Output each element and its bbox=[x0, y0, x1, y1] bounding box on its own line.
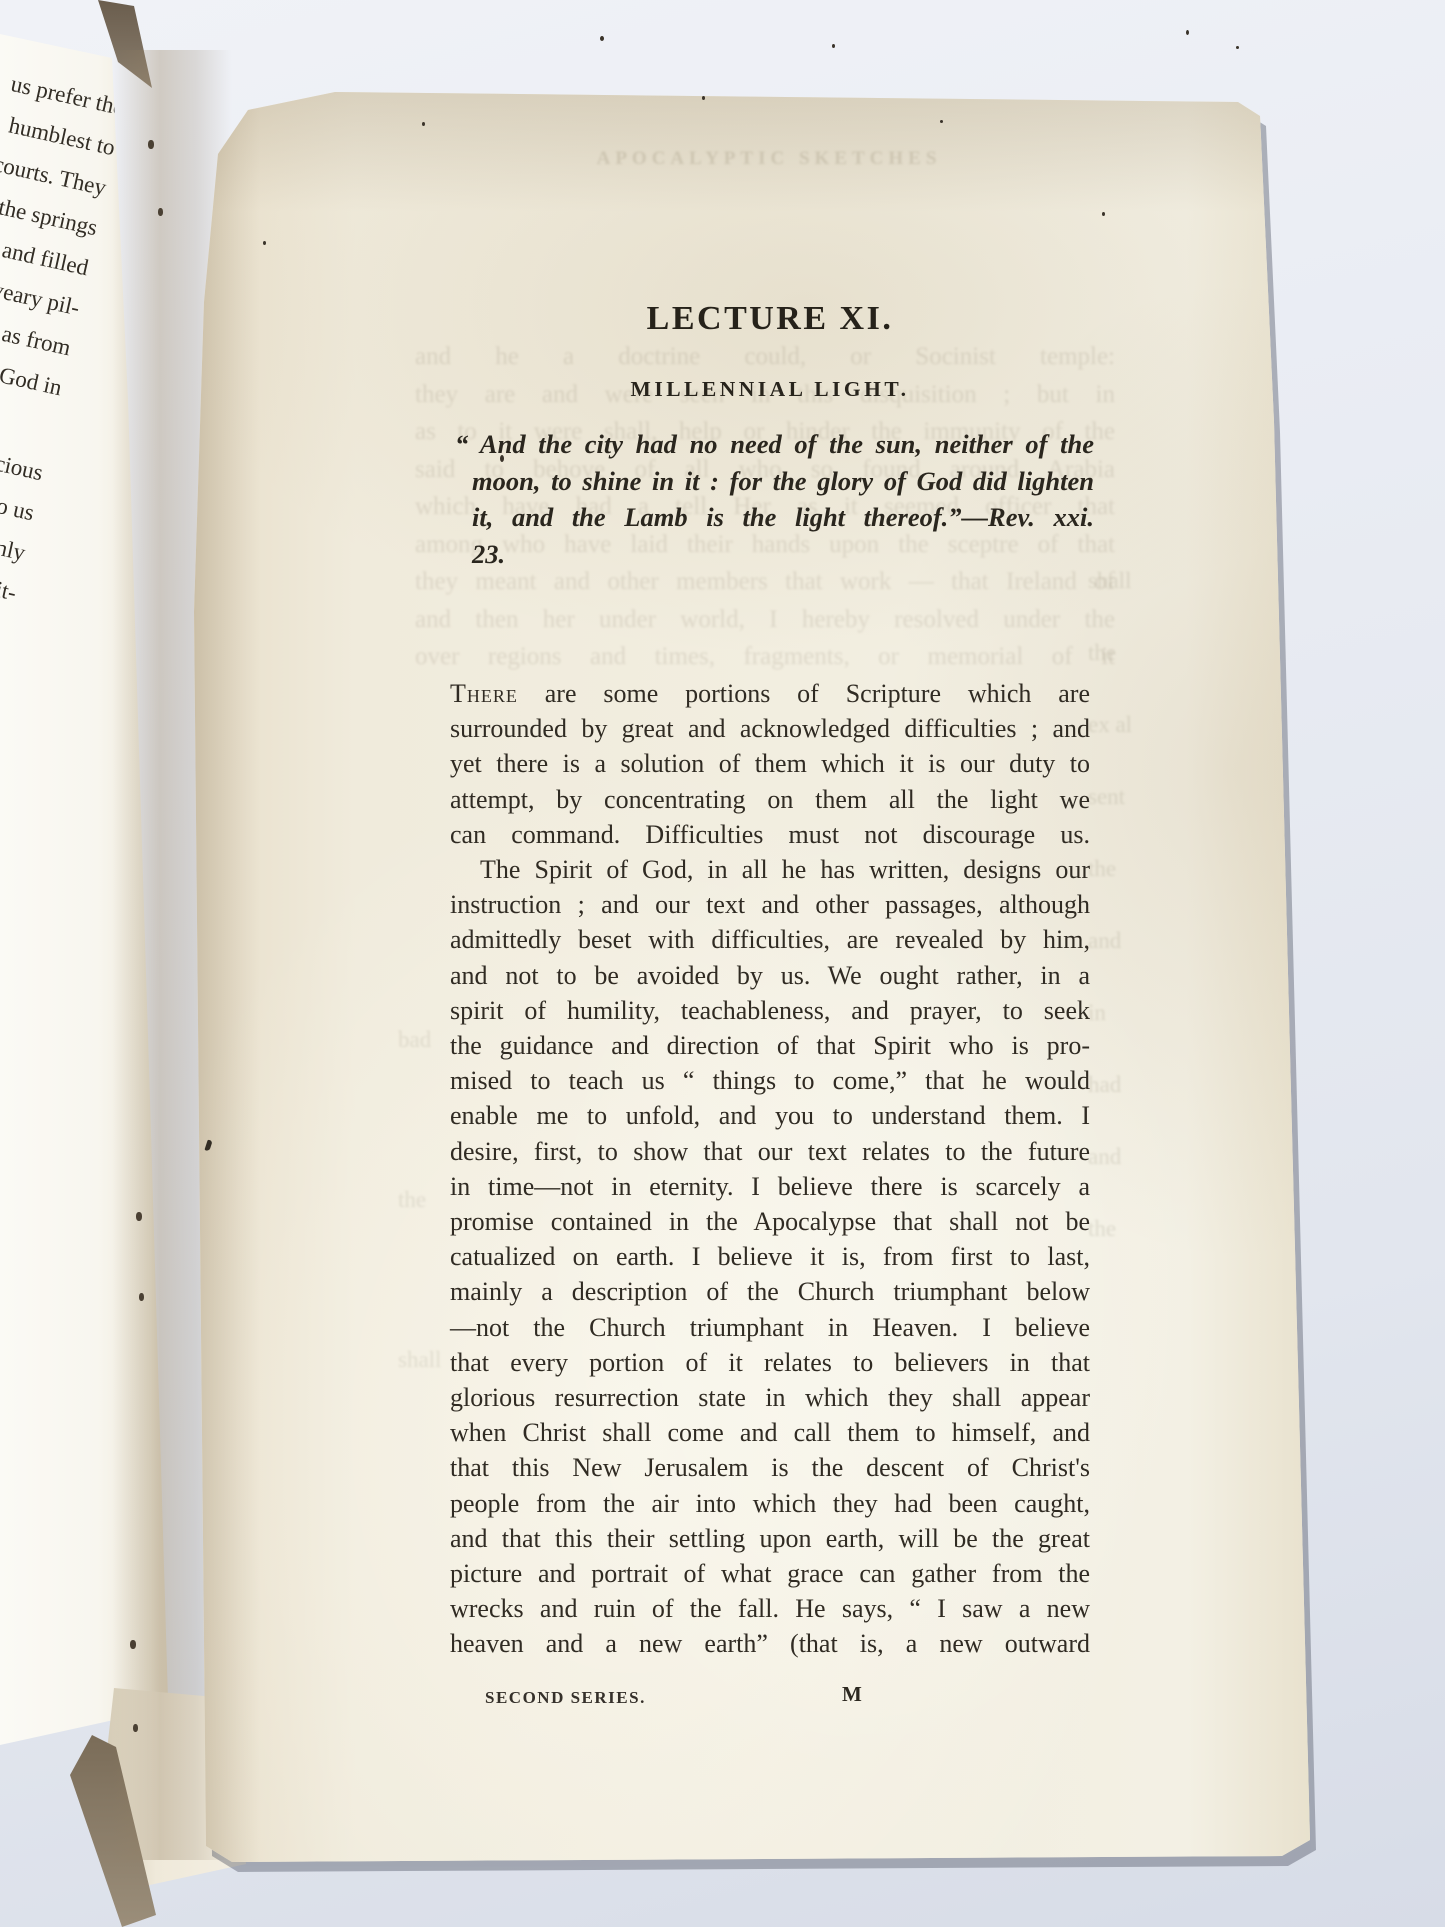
body-line: spirit of humility, teachableness, and p… bbox=[450, 993, 1090, 1028]
body-line: mainly a description of the Church trium… bbox=[450, 1274, 1090, 1309]
body-line: and that this their settling upon earth,… bbox=[450, 1521, 1090, 1556]
body-line-text: are some portions of Scripture which are bbox=[518, 679, 1090, 708]
body-line: desire, first, to show that our text rel… bbox=[450, 1134, 1090, 1169]
paragraph-1: There are some portions of Scripture whi… bbox=[450, 676, 1090, 852]
body-line: and not to be avoided by us. We ought ra… bbox=[450, 958, 1090, 993]
body-line: instruction ; and our text and other pas… bbox=[450, 887, 1090, 922]
lecture-heading: LECTURE XI. bbox=[450, 300, 1090, 338]
binding-stitch bbox=[136, 1212, 142, 1221]
book-photo: us prefer thehumblest tocourts. They—the… bbox=[0, 0, 1445, 1927]
body-line: picture and portrait of what grace can g… bbox=[450, 1556, 1090, 1591]
quote-line: it, and the Lamb is the light thereof.”—… bbox=[472, 499, 1094, 536]
paragraph-2: The Spirit of God, in all he has written… bbox=[450, 852, 1090, 1662]
body-line: in time—not in eternity. I believe there… bbox=[450, 1169, 1090, 1204]
printed-content: LECTURE XI. MILLENNIAL LIGHT. “ And the … bbox=[0, 0, 1445, 1927]
body-line: catualized on earth. I believe it is, fr… bbox=[450, 1239, 1090, 1274]
paragraph-1-lines: surrounded by great and acknowledged dif… bbox=[450, 711, 1090, 852]
body-line: The Spirit of God, in all he has written… bbox=[450, 852, 1090, 887]
body-line: can command. Difficulties must not disco… bbox=[450, 817, 1090, 852]
body-line: wrecks and ruin of the fall. He says, “ … bbox=[450, 1591, 1090, 1626]
body-line: people from the air into which they had … bbox=[450, 1486, 1090, 1521]
ink-speck bbox=[500, 455, 504, 462]
printer-signature-mark: M bbox=[842, 1682, 862, 1707]
body-line: glorious resurrection state in which the… bbox=[450, 1380, 1090, 1415]
scripture-quote: “ And the city had no need of the sun, n… bbox=[472, 426, 1094, 572]
body-line: that every portion of it relates to beli… bbox=[450, 1345, 1090, 1380]
lecture-subtitle: MILLENNIAL LIGHT. bbox=[450, 377, 1090, 402]
body-line: attempt, by concentrating on them all th… bbox=[450, 782, 1090, 817]
binding-stitch bbox=[158, 208, 163, 216]
series-note: Second Series. bbox=[485, 1688, 646, 1708]
paper-speck bbox=[600, 36, 604, 41]
paper-speck bbox=[1186, 30, 1189, 35]
quote-line: “ And the city had no need of the sun, n… bbox=[455, 426, 1094, 463]
body-line: promise contained in the Apocalypse that… bbox=[450, 1204, 1090, 1239]
body-line: yet there is a solution of them which it… bbox=[450, 746, 1090, 781]
paper-speck bbox=[263, 241, 266, 245]
quote-line: moon, to shine in it : for the glory of … bbox=[472, 463, 1094, 500]
body-line: when Christ shall come and call them to … bbox=[450, 1415, 1090, 1450]
body-line: —not the Church triumphant in Heaven. I … bbox=[450, 1310, 1090, 1345]
paper-speck bbox=[1236, 46, 1239, 49]
paper-speck bbox=[1102, 212, 1105, 216]
paper-speck bbox=[702, 96, 705, 100]
body-line: that this New Jerusalem is the descent o… bbox=[450, 1450, 1090, 1485]
body-line: admittedly beset with difficulties, are … bbox=[450, 922, 1090, 957]
body-line: mised to teach us “ things to come,” tha… bbox=[450, 1063, 1090, 1098]
body-line: enable me to unfold, and you to understa… bbox=[450, 1098, 1090, 1133]
paper-speck bbox=[940, 120, 943, 123]
paper-speck bbox=[422, 122, 425, 126]
body-line: heaven and a new earth” (that is, a new … bbox=[450, 1626, 1090, 1661]
binding-stitch bbox=[133, 1724, 138, 1732]
quote-line: 23. bbox=[472, 536, 1094, 573]
binding-stitch bbox=[139, 1293, 144, 1301]
lead-word: There bbox=[450, 679, 518, 708]
binding-stitch bbox=[130, 1640, 136, 1649]
body-line: There are some portions of Scripture whi… bbox=[450, 676, 1090, 711]
body-line: the guidance and direction of that Spiri… bbox=[450, 1028, 1090, 1063]
binding-stitch bbox=[148, 140, 154, 149]
body-line: surrounded by great and acknowledged dif… bbox=[450, 711, 1090, 746]
paper-speck bbox=[832, 44, 835, 48]
